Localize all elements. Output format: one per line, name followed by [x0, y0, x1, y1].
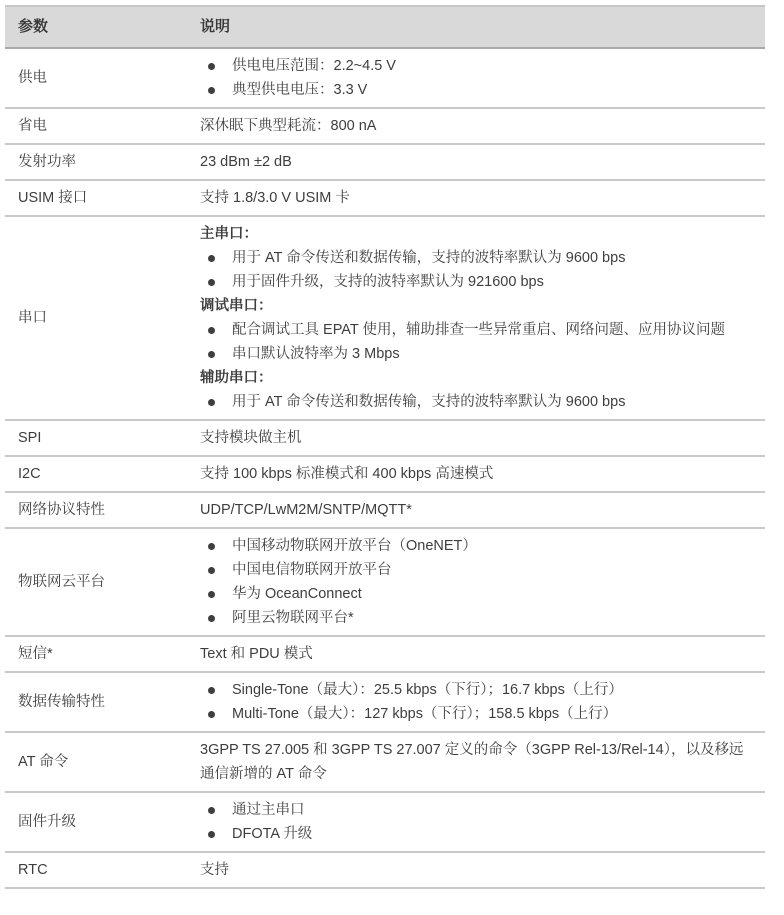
bullet-item: 阿里云物联网平台*	[200, 606, 757, 630]
param-name: USIM 接口	[5, 186, 200, 210]
param-name: 串口	[5, 306, 200, 330]
table-row: 串口主串口：用于 AT 命令传送和数据传输，支持的波特率默认为 9600 bps…	[5, 217, 765, 421]
text-line: 23 dBm ±2 dB	[200, 150, 757, 174]
text-line: 3GPP TS 27.005 和 3GPP TS 27.007 定义的命令（3G…	[200, 738, 757, 786]
bullet-item: 供电电压范围：2.2~4.5 V	[200, 54, 757, 78]
table-row: 省电深休眠下典型耗流：800 nA	[5, 109, 765, 145]
bullet-text: 中国电信物联网开放平台	[232, 558, 392, 582]
column-header-parameter: 参数	[5, 15, 200, 39]
param-description: 支持 1.8/3.0 V USIM 卡	[200, 186, 765, 210]
table-row: USIM 接口支持 1.8/3.0 V USIM 卡	[5, 181, 765, 217]
bullet-item: 用于固件升级，支持的波特率默认为 921600 bps	[200, 270, 757, 294]
bullet-text: 用于 AT 命令传送和数据传输，支持的波特率默认为 9600 bps	[232, 390, 625, 414]
bullet-item: Single-Tone（最大）：25.5 kbps（下行）；16.7 kbps（…	[200, 678, 757, 702]
bullet-icon	[208, 615, 215, 622]
bullet-text: 典型供电电压：3.3 V	[232, 78, 367, 102]
param-description: Single-Tone（最大）：25.5 kbps（下行）；16.7 kbps（…	[200, 678, 765, 726]
table-row: 短信*Text 和 PDU 模式	[5, 637, 765, 673]
param-description: 23 dBm ±2 dB	[200, 150, 765, 174]
bullet-icon	[208, 279, 215, 286]
text-line: 支持	[200, 858, 757, 882]
table-row: RTC支持	[5, 853, 765, 889]
bullet-icon	[208, 63, 215, 70]
subhead-line: 调试串口：	[200, 294, 757, 318]
text-line: UDP/TCP/LwM2M/SNTP/MQTT*	[200, 498, 757, 522]
bullet-icon	[208, 351, 215, 358]
param-name: 供电	[5, 66, 200, 90]
bullet-text: DFOTA 升级	[232, 822, 312, 846]
column-header-description: 说明	[200, 15, 765, 39]
param-name: I2C	[5, 462, 200, 486]
bullet-text: 配合调试工具 EPAT 使用，辅助排查一些异常重启、网络问题、应用协议问题	[232, 318, 725, 342]
param-description: UDP/TCP/LwM2M/SNTP/MQTT*	[200, 498, 765, 522]
subhead-line: 辅助串口：	[200, 366, 757, 390]
bullet-text: 供电电压范围：2.2~4.5 V	[232, 54, 396, 78]
bullet-text: Single-Tone（最大）：25.5 kbps（下行）；16.7 kbps（…	[232, 678, 623, 702]
param-name: 省电	[5, 114, 200, 138]
text-line: 深休眠下典型耗流：800 nA	[200, 114, 757, 138]
param-name: 物联网云平台	[5, 570, 200, 594]
bullet-item: 中国移动物联网开放平台（OneNET）	[200, 534, 757, 558]
bullet-icon	[208, 687, 215, 694]
bullet-icon	[208, 807, 215, 814]
param-description: Text 和 PDU 模式	[200, 642, 765, 666]
table-row: 网络协议特性UDP/TCP/LwM2M/SNTP/MQTT*	[5, 493, 765, 529]
bullet-icon	[208, 255, 215, 262]
bullet-text: 华为 OceanConnect	[232, 582, 362, 606]
bullet-item: Multi-Tone（最大）：127 kbps（下行）；158.5 kbps（上…	[200, 702, 757, 726]
table-body: 供电供电电压范围：2.2~4.5 V典型供电电压：3.3 V省电深休眠下典型耗流…	[5, 49, 765, 889]
text-line: 支持 100 kbps 标准模式和 400 kbps 高速模式	[200, 462, 757, 486]
table-row: 供电供电电压范围：2.2~4.5 V典型供电电压：3.3 V	[5, 49, 765, 109]
bullet-icon	[208, 87, 215, 94]
param-description: 中国移动物联网开放平台（OneNET）中国电信物联网开放平台华为 OceanCo…	[200, 534, 765, 630]
bullet-icon	[208, 831, 215, 838]
table-row: 数据传输特性Single-Tone（最大）：25.5 kbps（下行）；16.7…	[5, 673, 765, 733]
bullet-text: 阿里云物联网平台*	[232, 606, 354, 630]
param-name: RTC	[5, 858, 200, 882]
param-description: 通过主串口DFOTA 升级	[200, 798, 765, 846]
bullet-text: Multi-Tone（最大）：127 kbps（下行）；158.5 kbps（上…	[232, 702, 617, 726]
bullet-text: 通过主串口	[232, 798, 305, 822]
param-name: 短信*	[5, 642, 200, 666]
bullet-text: 串口默认波特率为 3 Mbps	[232, 342, 400, 366]
bullet-item: 配合调试工具 EPAT 使用，辅助排查一些异常重启、网络问题、应用协议问题	[200, 318, 757, 342]
parameters-table: 参数 说明 供电供电电压范围：2.2~4.5 V典型供电电压：3.3 V省电深休…	[5, 5, 765, 889]
bullet-icon	[208, 711, 215, 718]
param-description: 支持 100 kbps 标准模式和 400 kbps 高速模式	[200, 462, 765, 486]
param-description: 支持模块做主机	[200, 426, 765, 450]
bullet-item: 用于 AT 命令传送和数据传输，支持的波特率默认为 9600 bps	[200, 390, 757, 414]
param-description: 支持	[200, 858, 765, 882]
table-header-row: 参数 说明	[5, 5, 765, 49]
param-name: SPI	[5, 426, 200, 450]
param-name: 数据传输特性	[5, 690, 200, 714]
bullet-item: 通过主串口	[200, 798, 757, 822]
bullet-item: DFOTA 升级	[200, 822, 757, 846]
param-description: 3GPP TS 27.005 和 3GPP TS 27.007 定义的命令（3G…	[200, 738, 765, 786]
param-description: 供电电压范围：2.2~4.5 V典型供电电压：3.3 V	[200, 54, 765, 102]
bullet-item: 典型供电电压：3.3 V	[200, 78, 757, 102]
bullet-icon	[208, 327, 215, 334]
bullet-item: 中国电信物联网开放平台	[200, 558, 757, 582]
param-description: 深休眠下典型耗流：800 nA	[200, 114, 765, 138]
bullet-icon	[208, 567, 215, 574]
text-line: 支持 1.8/3.0 V USIM 卡	[200, 186, 757, 210]
text-line: Text 和 PDU 模式	[200, 642, 757, 666]
bullet-icon	[208, 399, 215, 406]
param-name: 发射功率	[5, 150, 200, 174]
table-row: I2C支持 100 kbps 标准模式和 400 kbps 高速模式	[5, 457, 765, 493]
bullet-text: 中国移动物联网开放平台（OneNET）	[232, 534, 477, 558]
table-row: 物联网云平台中国移动物联网开放平台（OneNET）中国电信物联网开放平台华为 O…	[5, 529, 765, 637]
bullet-icon	[208, 543, 215, 550]
table-row: 发射功率23 dBm ±2 dB	[5, 145, 765, 181]
subhead-line: 主串口：	[200, 222, 757, 246]
param-description: 主串口：用于 AT 命令传送和数据传输，支持的波特率默认为 9600 bps用于…	[200, 222, 765, 414]
bullet-item: 串口默认波特率为 3 Mbps	[200, 342, 757, 366]
bullet-icon	[208, 591, 215, 598]
param-name: 固件升级	[5, 810, 200, 834]
param-name: 网络协议特性	[5, 498, 200, 522]
bullet-item: 华为 OceanConnect	[200, 582, 757, 606]
bullet-text: 用于固件升级，支持的波特率默认为 921600 bps	[232, 270, 544, 294]
param-name: AT 命令	[5, 750, 200, 774]
table-row: AT 命令3GPP TS 27.005 和 3GPP TS 27.007 定义的…	[5, 733, 765, 793]
table-row: 固件升级通过主串口DFOTA 升级	[5, 793, 765, 853]
table-row: SPI支持模块做主机	[5, 421, 765, 457]
bullet-item: 用于 AT 命令传送和数据传输，支持的波特率默认为 9600 bps	[200, 246, 757, 270]
text-line: 支持模块做主机	[200, 426, 757, 450]
bullet-text: 用于 AT 命令传送和数据传输，支持的波特率默认为 9600 bps	[232, 246, 625, 270]
